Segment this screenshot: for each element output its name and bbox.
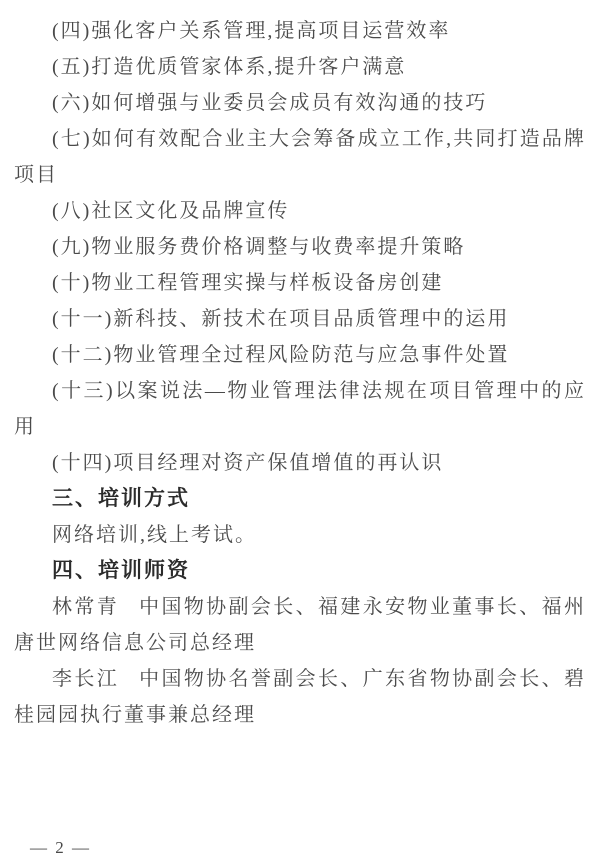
numbered-item-7: (七)如何有效配合业主大会筹备成立工作,共同打造品牌项目	[14, 121, 586, 193]
page-number: — 2 —	[30, 838, 91, 858]
numbered-item-9: (九)物业服务费价格调整与收费率提升策略	[14, 229, 586, 265]
trainer-entry-1: 林常青中国物协副会长、福建永安物业董事长、福州唐世网络信息公司总经理	[14, 589, 586, 661]
document-page: (四)强化客户关系管理,提高项目运营效率 (五)打造优质管家体系,提升客户满意 …	[0, 0, 610, 865]
numbered-item-10: (十)物业工程管理实操与样板设备房创建	[14, 265, 586, 301]
numbered-item-4: (四)强化客户关系管理,提高项目运营效率	[14, 13, 586, 49]
training-method-text: 网络培训,线上考试。	[14, 517, 586, 553]
numbered-item-14: (十四)项目经理对资产保值增值的再认识	[14, 445, 586, 481]
trainer-entry-2: 李长江中国物协名誉副会长、广东省物协副会长、碧桂园园执行董事兼总经理	[14, 661, 586, 733]
numbered-item-5: (五)打造优质管家体系,提升客户满意	[14, 49, 586, 85]
numbered-item-8: (八)社区文化及品牌宣传	[14, 193, 586, 229]
numbered-item-6: (六)如何增强与业委员会成员有效沟通的技巧	[14, 85, 586, 121]
section-heading-training-method: 三、培训方式	[14, 481, 586, 517]
numbered-item-11: (十一)新科技、新技术在项目品质管理中的运用	[14, 301, 586, 337]
numbered-item-13: (十三)以案说法—物业管理法律法规在项目管理中的应用	[14, 373, 586, 445]
numbered-item-12: (十二)物业管理全过程风险防范与应急事件处置	[14, 337, 586, 373]
document-body: (四)强化客户关系管理,提高项目运营效率 (五)打造优质管家体系,提升客户满意 …	[0, 0, 610, 733]
section-heading-training-faculty: 四、培训师资	[14, 553, 586, 589]
trainer-name: 李长江	[52, 668, 119, 690]
trainer-name: 林常青	[52, 596, 119, 618]
